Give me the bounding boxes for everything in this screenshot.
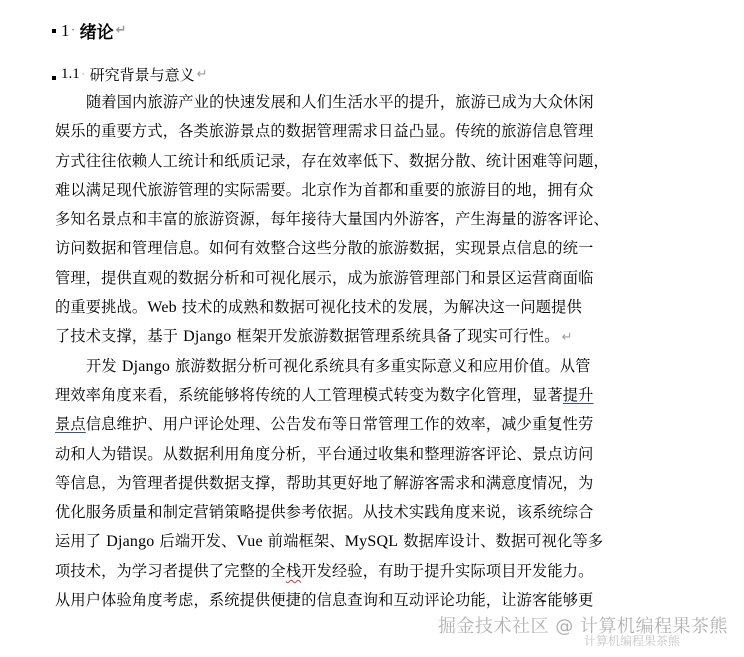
- spelling-error-mark[interactable]: 栈: [286, 562, 301, 580]
- text-line: 访问数据和管理信息。如何有效整合这些分散的旅游数据，实现景点信息的统一: [55, 234, 675, 263]
- text-run: 技术的成熟和数据可视化技术的发展，为解决这一问题提供: [177, 298, 582, 316]
- heading-level-2[interactable]: 1.1 · 研究背景与意义 ↵: [52, 64, 208, 85]
- text-line: 的重要挑战。Web 技术的成熟和数据可视化技术的发展，为解决这一问题提供: [55, 293, 675, 322]
- text-line: 随着国内旅游产业的快速发展和人们生活水平的提升，旅游已成为大众休闲: [55, 88, 675, 117]
- text-line: 景点信息维护、用户评论处理、公告发布等日常管理工作的效率，减少重复性劳: [55, 410, 675, 439]
- paragraph-mark-icon: ↵: [116, 23, 127, 38]
- text-run: 理效率角度来看，系统能够将传统的人工管理模式转变为数字化管理，显著: [55, 386, 563, 404]
- text-run: 开发经验，有助于提升实际项目开发能力。: [301, 562, 593, 580]
- text-line: 多知名景点和丰富的旅游资源，每年接待大量国内外游客，产生海量的游客评论、: [55, 205, 675, 234]
- text-line: 运用了 Django 后端开发、Vue 前端框架、MySQL 数据库设计、数据可…: [55, 527, 675, 556]
- underlined-text[interactable]: 提升: [563, 386, 594, 404]
- text-line: 项技术，为学习者提供了完整的全栈开发经验，有助于提升实际项目开发能力。: [55, 557, 675, 586]
- text-line: 优化服务质量和制定营销策略提供参考依据。从技术实践角度来说，该系统综合: [55, 498, 675, 527]
- text-run: 信息维护、用户评论处理、公告发布等日常管理工作的效率，减少重复性劳: [86, 415, 594, 433]
- text-line: 方式往往依赖人工统计和纸质记录，存在效率低下、数据分散、统计困难等问题，: [55, 147, 675, 176]
- tab-mark-icon: ·: [72, 26, 75, 36]
- text-line: 娱乐的重要方式，各类旅游景点的数据管理需求日益凸显。传统的旅游信息管理: [55, 117, 675, 146]
- heading-level-1[interactable]: 1 · 绪论 ↵: [52, 18, 127, 43]
- body-text[interactable]: 随着国内旅游产业的快速发展和人们生活水平的提升，旅游已成为大众休闲 娱乐的重要方…: [55, 88, 675, 615]
- text-line: 动和人为错误。从数据利用角度分析，平台通过收集和整理游客评论、景点访问: [55, 440, 675, 469]
- outline-bullet-icon: [52, 76, 56, 80]
- document-page: 1 · 绪论 ↵ 1.1 · 研究背景与意义 ↵ 随着国内旅游产业的快速发展和人…: [0, 0, 744, 657]
- outline-bullet-icon: [52, 29, 56, 33]
- heading-number: 1.1: [61, 66, 80, 83]
- tab-mark-icon: ·: [82, 70, 85, 80]
- text-run: 框架开发旅游数据管理系统具备了现实可行性。: [231, 327, 559, 345]
- text-run: 旅游数据分析可视化系统具有多重实际意义和应用价值。从管: [170, 357, 591, 375]
- text-run: 了技术支撑，基于: [55, 327, 183, 345]
- text-run: 后端开发、: [155, 532, 237, 550]
- text-run-latin: Django: [122, 358, 170, 375]
- watermark-secondary: 计算机编程果茶熊: [584, 632, 680, 649]
- text-run-latin: Django: [183, 328, 231, 345]
- text-line: 了技术支撑，基于 Django 框架开发旅游数据管理系统具备了现实可行性。↵: [55, 322, 675, 351]
- paragraph-background[interactable]: 随着国内旅游产业的快速发展和人们生活水平的提升，旅游已成为大众休闲 娱乐的重要方…: [55, 88, 675, 352]
- text-line: 等信息，为管理者提供数据支撑，帮助其更好地了解游客需求和满意度情况，为: [55, 469, 675, 498]
- text-line: 管理，提供直观的数据分析和可视化展示，成为旅游管理部门和景区运营商面临: [55, 264, 675, 293]
- paragraph-mark-icon: ↵: [197, 67, 208, 82]
- paragraph-mark-icon: ↵: [562, 330, 573, 345]
- text-run: 项技术，为学习者提供了完整的全: [55, 562, 286, 580]
- heading-number: 1: [61, 21, 70, 41]
- text-run: 数据库设计、数据可视化等多: [398, 532, 603, 550]
- text-run: 运用了: [55, 532, 106, 550]
- text-run-latin: MySQL: [345, 533, 398, 550]
- underlined-text[interactable]: 景点: [55, 415, 86, 433]
- text-line: 理效率角度来看，系统能够将传统的人工管理模式转变为数字化管理，显著提升: [55, 381, 675, 410]
- text-run-latin: Web: [147, 299, 177, 316]
- text-run: 开发: [86, 357, 122, 375]
- heading-title: 绪论: [80, 18, 114, 43]
- paragraph-significance[interactable]: 开发 Django 旅游数据分析可视化系统具有多重实际意义和应用价值。从管 理效…: [55, 352, 675, 616]
- text-run: 的重要挑战。: [55, 298, 147, 316]
- text-run: 前端框架、: [263, 532, 345, 550]
- text-line: 难以满足现代旅游管理的实际需要。北京作为首都和重要的旅游目的地，拥有众: [55, 176, 675, 205]
- text-run-latin: Vue: [236, 533, 262, 550]
- text-line: 从用户体验角度考虑，系统提供便捷的信息查询和互动评论功能，让游客能够更: [55, 586, 675, 615]
- text-run-latin: Django: [106, 533, 154, 550]
- text-line: 开发 Django 旅游数据分析可视化系统具有多重实际意义和应用价值。从管: [55, 352, 675, 381]
- heading-title: 研究背景与意义: [90, 64, 195, 85]
- watermark: 掘金技术社区 @ 计算机编程果茶熊: [438, 612, 728, 638]
